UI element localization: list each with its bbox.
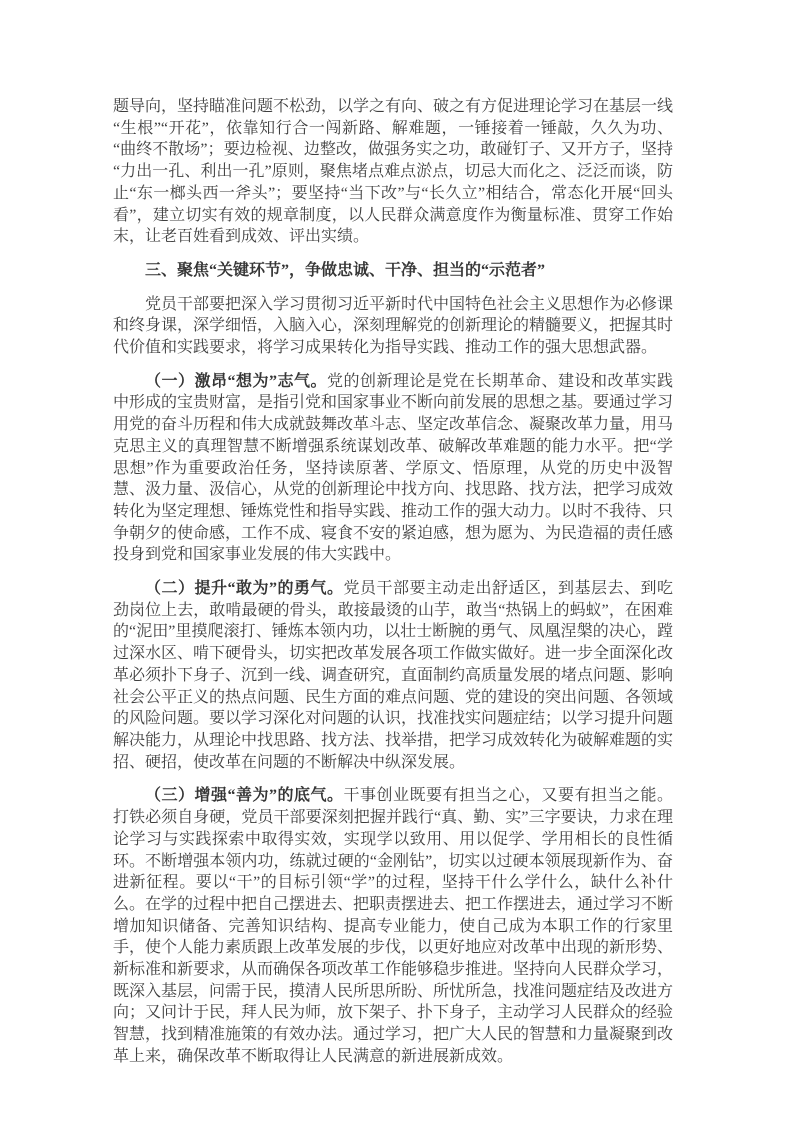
overflow-paragraph: 题导向，坚持瞄准问题不松劲，以学之有向、破之有方促进理论学习在基层一线“生根”“… [113,96,673,248]
subsection-3-body: 干事创业既要有担当之心，又要有担当之能。打铁必须自身硬，党员干部要深刻把握并践行… [113,787,673,1064]
section-intro-paragraph: 党员干部要把深入学习贯彻习近平新时代中国特色社会主义思想作为必修课和终身课，深学… [113,294,673,359]
subsection-paragraph-3: （三）增强“善为”的底气。干事创业既要有担当之心，又要有担当之能。打铁必须自身硬… [113,785,673,1067]
section-heading: 三、聚焦“关键环节”，争做忠诚、干净、担当的“示范者” [113,260,673,282]
subsection-1-body: 党的创新理论是党在长期革命、建设和改革实践中形成的宝贵财富，是指引党和国家事业不… [113,373,673,564]
subsection-paragraph-1: （一）激昂“想为”志气。党的创新理论是党在长期革命、建设和改革实践中形成的宝贵财… [113,371,673,566]
subsection-3-title: （三）增强“善为”的底气。 [145,787,344,804]
document-page: 题导向，坚持瞄准问题不松劲，以学之有向、破之有方促进理论学习在基层一线“生根”“… [0,0,793,1122]
subsection-paragraph-2: （二）提升“敢为”的勇气。党员干部要主动走出舒适区，到基层去、到吃劲岗位上去，敢… [113,578,673,773]
subsection-2-body: 党员干部要主动走出舒适区，到基层去、到吃劲岗位上去，敢啃最硬的骨头，敢接最烫的山… [113,580,673,771]
subsection-1-title: （一）激昂“想为”志气。 [145,373,327,390]
subsection-2-title: （二）提升“敢为”的勇气。 [145,580,344,597]
